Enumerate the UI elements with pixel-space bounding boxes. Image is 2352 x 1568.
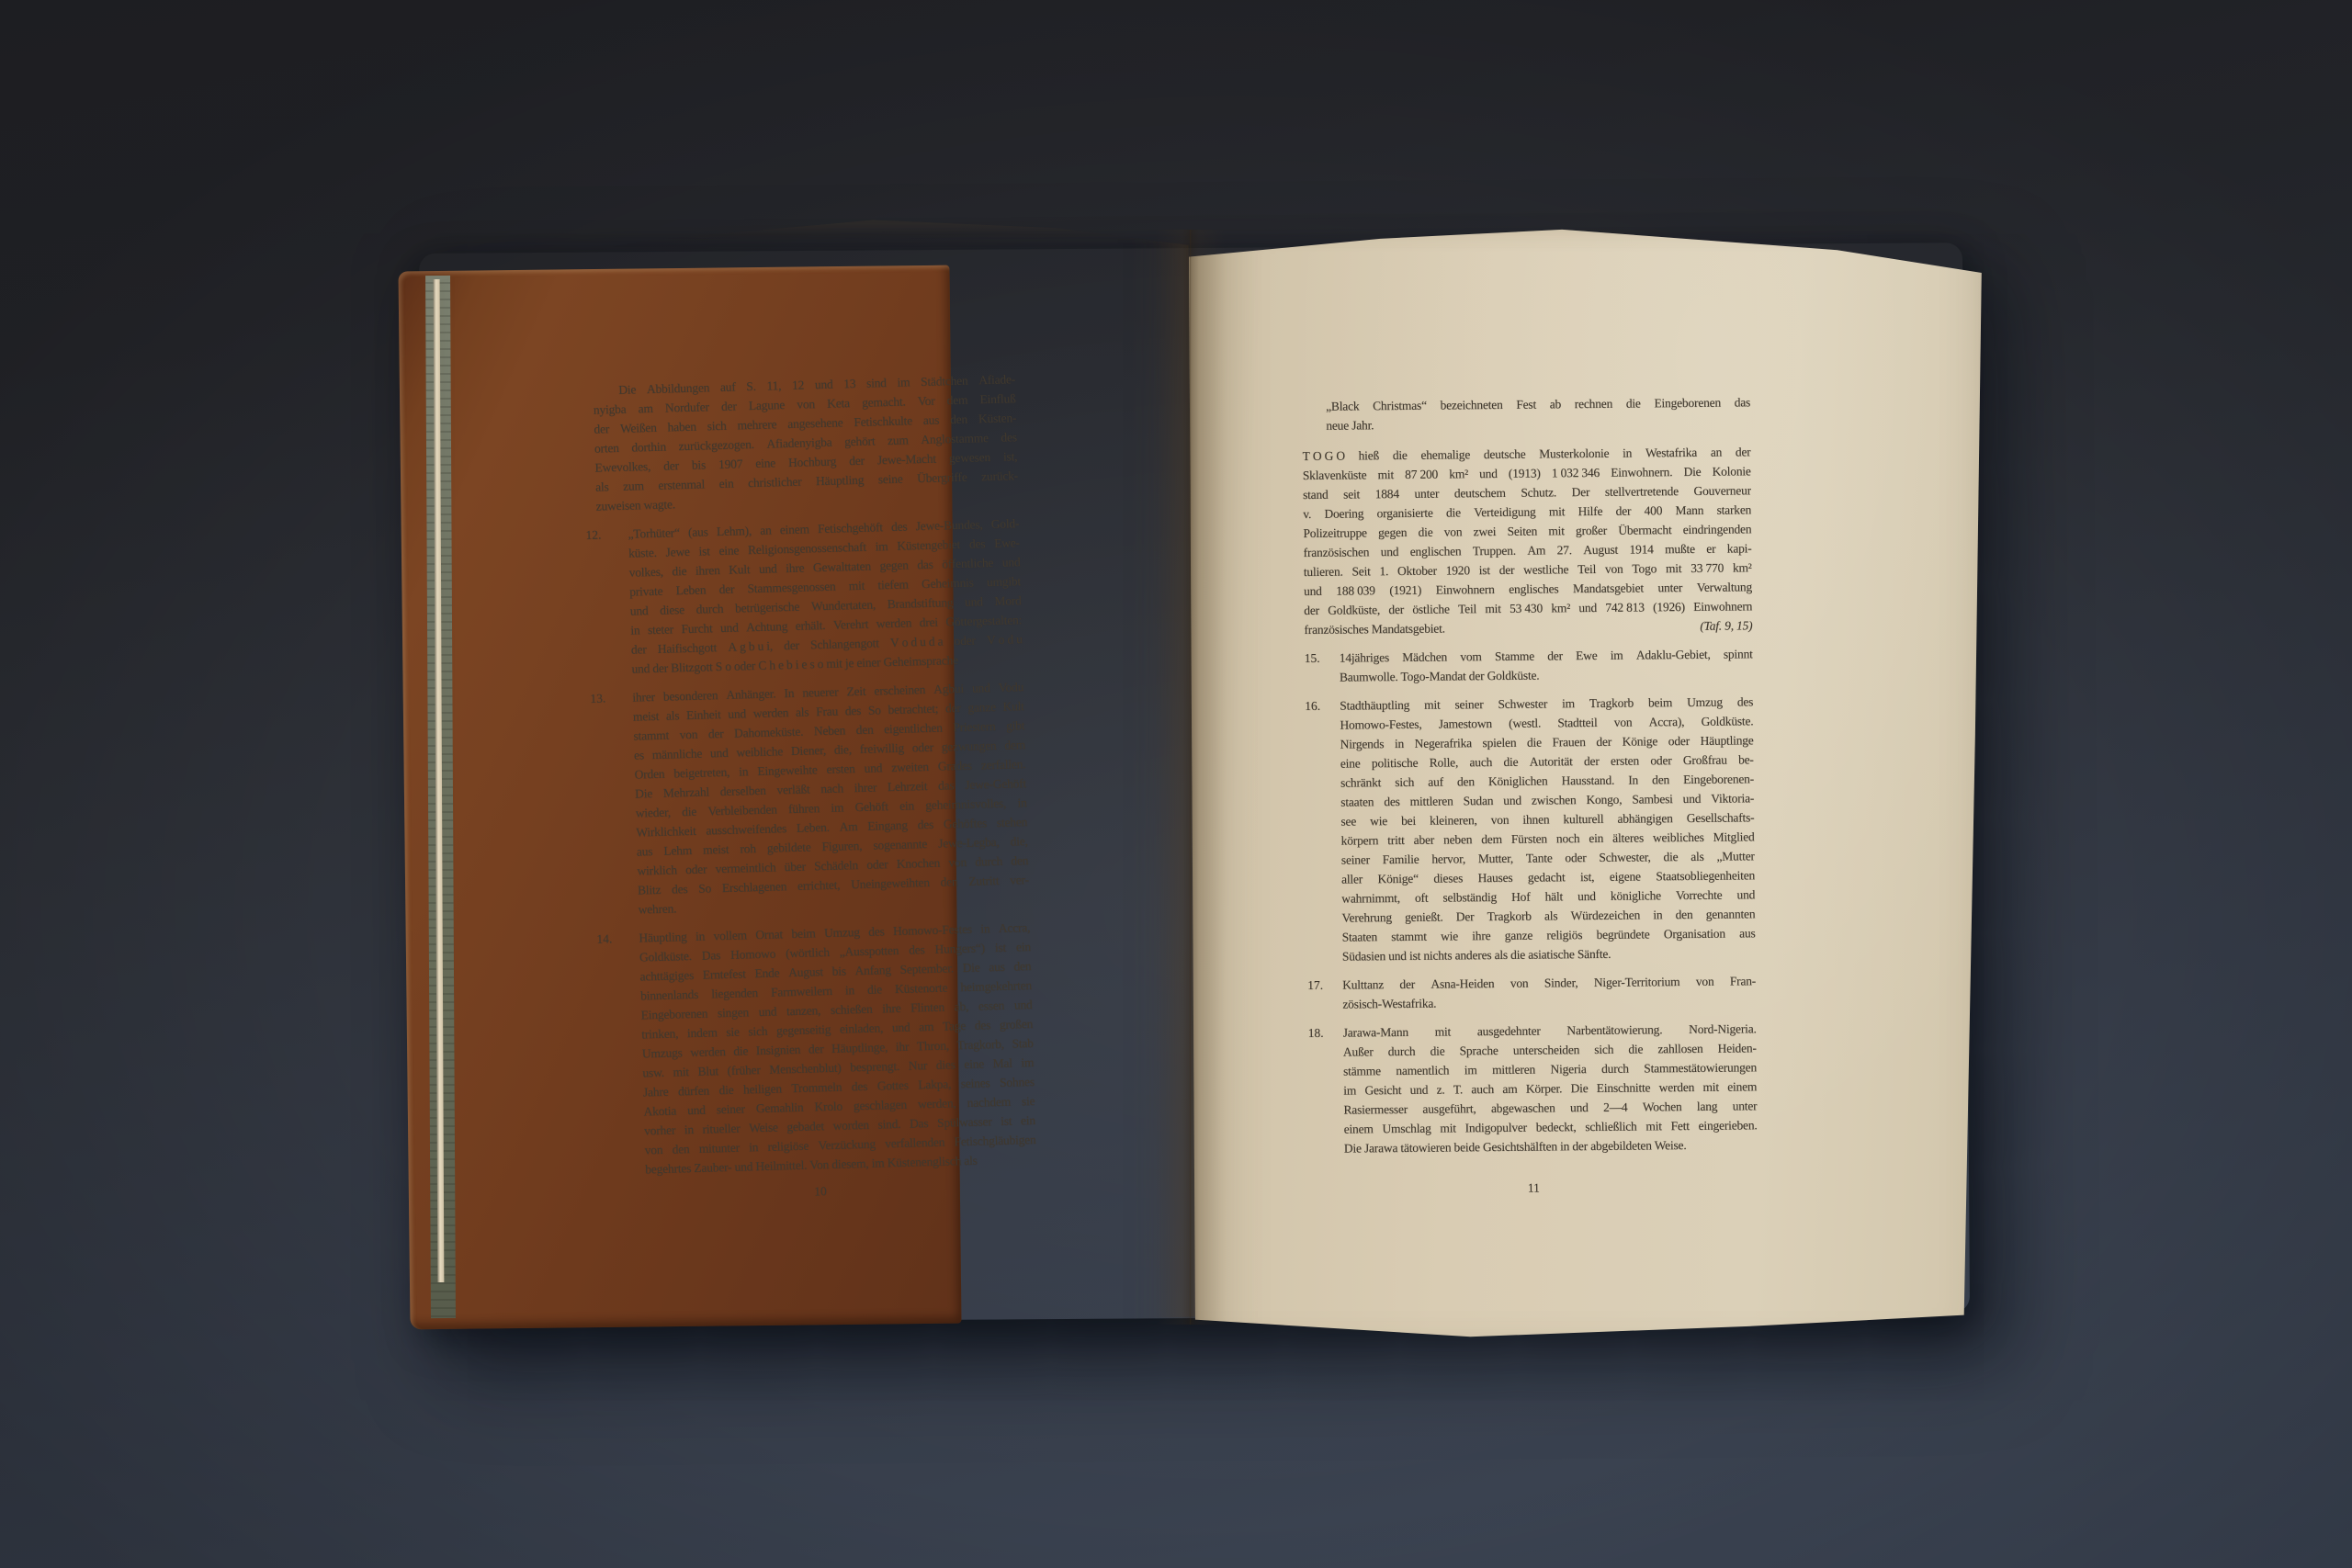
text-line: zösisch-Westafrika. bbox=[1342, 990, 1756, 1013]
item-text: 14jährigesMädchenvomStammederEweimAdaklu… bbox=[1340, 644, 1753, 686]
left-page-number: 10 bbox=[604, 1176, 1037, 1207]
togo-paragraph: T O G OhießdieehemaligedeutscheMusterkol… bbox=[1303, 442, 1753, 639]
caption-item-16: 16.StadthäuptlingmitseinerSchwesterimTra… bbox=[1305, 692, 1756, 966]
last-line-text: französisches Mandatsgebiet. bbox=[1304, 619, 1445, 639]
right-caption-list: 15.14jährigesMädchenvomStammederEweimAda… bbox=[1305, 644, 1758, 1158]
item-number: 16. bbox=[1305, 696, 1342, 966]
text-line: StadthäuptlingmitseinerSchwesterimTragko… bbox=[1340, 692, 1753, 715]
text-line: Staatenstammtwieihreganzereligiösbegründ… bbox=[1342, 923, 1756, 946]
caption-item-15: 15.14jährigesMädchenvomStammederEweimAda… bbox=[1305, 644, 1753, 687]
item-text: StadthäuptlingmitseinerSchwesterimTragko… bbox=[1340, 692, 1756, 965]
text-line: Die Jarawa tätowieren beide Gesichtshälf… bbox=[1344, 1134, 1758, 1157]
caption-item-18: 18.Jarawa-MannmitausgedehnterNarbentätow… bbox=[1308, 1019, 1758, 1158]
text-line: Baumwolle. Togo-Mandat der Goldküste. bbox=[1340, 663, 1753, 686]
continuation-paragraph: „BlackChristmas“bezeichnetenFestabrechne… bbox=[1326, 392, 1750, 434]
text-line: neue Jahr. bbox=[1326, 412, 1750, 434]
item-number: 17. bbox=[1307, 976, 1342, 1014]
intro-paragraph: DieAbbildungenaufS.11,12und13sindimStädt… bbox=[593, 369, 1019, 515]
left-page-text-block: DieAbbildungenaufS.11,12und13sindimStädt… bbox=[582, 369, 1037, 1206]
item-text: Jarawa-MannmitausgedehnterNarbentätowier… bbox=[1343, 1019, 1758, 1157]
item-number: 12. bbox=[585, 525, 632, 680]
item-text: HäuptlinginvollemOrnatbeimUmzugdesHomowo… bbox=[639, 918, 1036, 1179]
item-number: 14. bbox=[596, 929, 645, 1180]
right-page-number: 11 bbox=[1309, 1176, 1758, 1200]
left-caption-list: 12.„Torhüter“(ausLehm),aneinemFetischgeh… bbox=[585, 513, 1036, 1180]
text-line: wahrnimmt,oftselbständigHofhältundkönigl… bbox=[1341, 885, 1755, 908]
text-line: „BlackChristmas“bezeichnetenFestabrechne… bbox=[1326, 392, 1750, 415]
item-text: ihrerbesonderenAnhänger.InneuererZeiters… bbox=[632, 677, 1030, 919]
left-page: DieAbbildungenaufS.11,12und13sindimStädt… bbox=[430, 213, 1196, 1358]
plate-reference: (Taf. 9, 15) bbox=[1700, 615, 1752, 636]
right-page: „BlackChristmas“bezeichnetenFestabrechne… bbox=[1189, 220, 1986, 1359]
right-page-text-block: „BlackChristmas“bezeichnetenFestabrechne… bbox=[1302, 392, 1758, 1200]
item-number: 15. bbox=[1305, 649, 1340, 687]
item-number: 13. bbox=[590, 688, 639, 920]
text-line: stämmenamentlichimmittlerenNigeriadurchS… bbox=[1343, 1057, 1757, 1080]
item-text: KulttanzderAsna-HeidenvonSinder,Niger-Te… bbox=[1342, 971, 1756, 1013]
text-line: 14jährigesMädchenvomStammederEweimAdaklu… bbox=[1340, 644, 1753, 667]
caption-item-17: 17.KulttanzderAsna-HeidenvonSinder,Niger… bbox=[1307, 971, 1756, 1014]
caption-item-13: 13.ihrerbesonderenAnhänger.InneuererZeit… bbox=[590, 677, 1030, 920]
text-line: Südasien und ist nichts anderes als die … bbox=[1342, 942, 1756, 965]
photo-scene: DieAbbildungenaufS.11,12und13sindimStädt… bbox=[0, 0, 2352, 1568]
photo-of-open-book: { "palette":{ "background_top":"#24262b"… bbox=[0, 0, 2352, 1568]
text-line: französisches Mandatsgebiet.(Taf. 9, 15) bbox=[1304, 615, 1752, 639]
open-book: DieAbbildungenaufS.11,12und13sindimStädt… bbox=[0, 0, 2352, 1568]
item-number: 18. bbox=[1308, 1023, 1344, 1158]
item-text: „Torhüter“(ausLehm),aneinemFetischgehöft… bbox=[628, 513, 1023, 678]
caption-item-12: 12.„Torhüter“(ausLehm),aneinemFetischgeh… bbox=[585, 513, 1023, 680]
caption-item-14: 14.HäuptlinginvollemOrnatbeimUmzugdesHom… bbox=[596, 918, 1036, 1180]
